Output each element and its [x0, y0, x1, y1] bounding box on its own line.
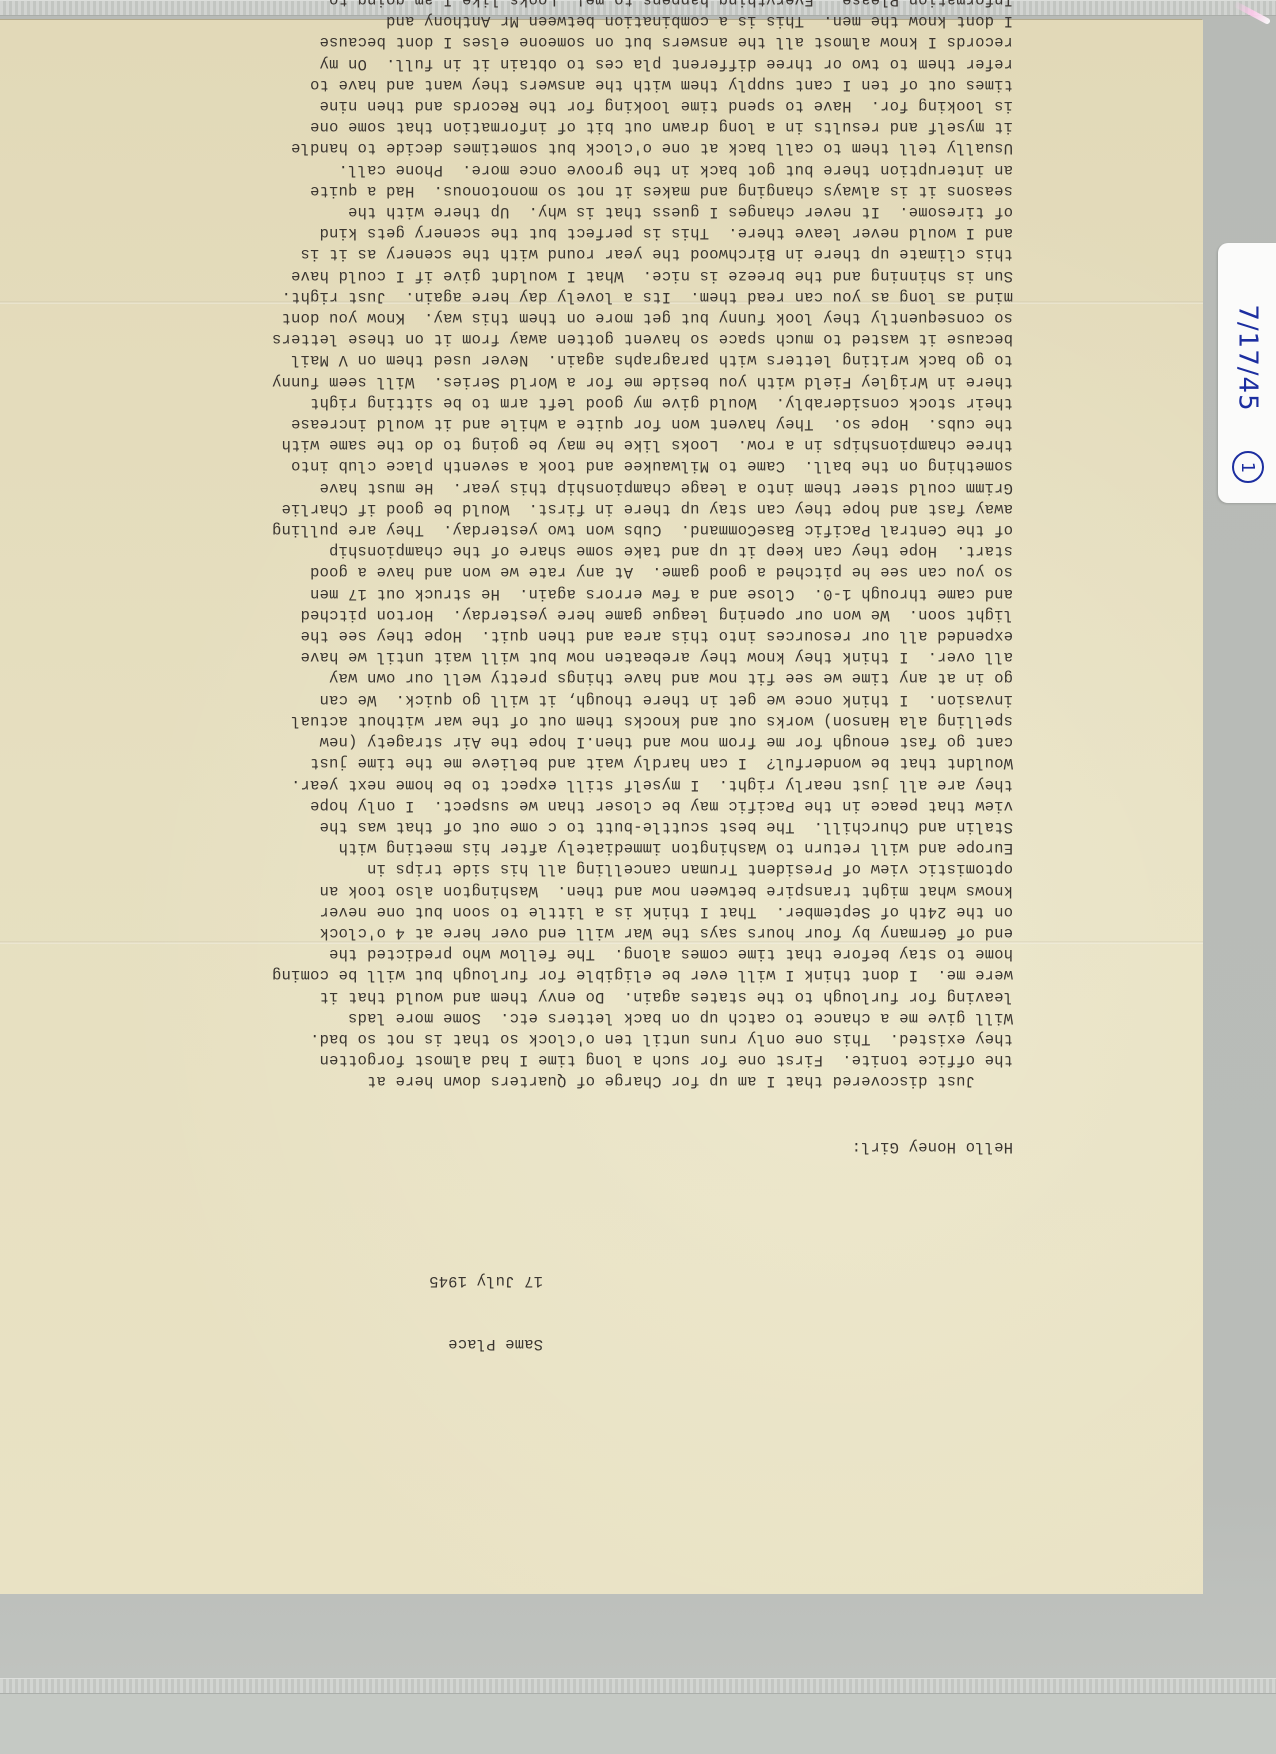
letter-line: spelling ala Hanson) works out and knock…: [130, 710, 1013, 731]
letter-line: Usually tell them to call back at one o'…: [130, 137, 1013, 158]
letter-line: light soon. We won our opening league ga…: [130, 604, 1013, 625]
letter-line: Stalin and Churchill. The best scuttle-b…: [130, 816, 1013, 837]
letter-heading: Same Place 17 July 1945: [130, 1227, 543, 1396]
letter-line: an interuption there but got back in the…: [130, 158, 1013, 179]
sleeve-lower-area: [0, 1694, 1276, 1754]
letter-line: start. Hope they can keep it up and take…: [130, 540, 1013, 561]
letter-line: of the Central Pacific BaseCommand. Cubs…: [130, 519, 1013, 540]
letter-line: mind as long as you can read them. Its a…: [130, 286, 1013, 307]
letter-line: so you can see he pitched a good game. A…: [130, 561, 1013, 582]
letter-line: the cubs. Hope so. They havent won for q…: [130, 413, 1013, 434]
letter-line: records I know almost all the answers bu…: [130, 31, 1013, 52]
letter-body: Just discovered that I am up for Charge …: [130, 0, 1013, 1091]
letter-line: because it wasted to much space so haven…: [130, 328, 1013, 349]
letter-line: to go back writing letters with paragrap…: [130, 349, 1013, 370]
letter-line: end of Germany by four hours says the Wa…: [130, 922, 1013, 943]
sleeve-seam-bottom: [0, 1678, 1276, 1694]
letter-line: they are all just nearly right. I myself…: [130, 773, 1013, 794]
label-date: 7/17/45: [1226, 283, 1270, 433]
letter-line: Just discovered that I am up for Charge …: [130, 1070, 1013, 1091]
letter-line: Will give me a chance to catch up on bac…: [130, 1007, 1013, 1028]
letter-line: I dont know the men. This is a combinati…: [130, 10, 1013, 31]
label-date-text: 7/17/45: [1233, 304, 1263, 411]
archive-label: 7/17/45 1: [1218, 243, 1276, 503]
letter-page: Same Place 17 July 1945 Hello Honey Girl…: [0, 20, 1203, 1594]
letter-line: this climate up there in Birchwood the y…: [130, 243, 1013, 264]
letter-line: Grimm could steer them into a leage cham…: [130, 476, 1013, 497]
letter-line: and I would never leave there. This is p…: [130, 222, 1013, 243]
letter-line: view that peace in the Pacific may be cl…: [130, 795, 1013, 816]
letter-line: optomistic view of President Truman canc…: [130, 858, 1013, 879]
letter-line: Sun is shinning and the breeze is nice. …: [130, 264, 1013, 285]
letter-line: home to stay before that time comes alon…: [130, 943, 1013, 964]
letter-line: times out of ten I cant supply them with…: [130, 74, 1013, 95]
letter-text: Same Place 17 July 1945 Hello Honey Girl…: [130, 0, 1013, 1439]
letter-line: cant go fast enough for me from now and …: [130, 731, 1013, 752]
letter-line: so consequently they look funny but get …: [130, 307, 1013, 328]
letter-line: Information Please. Everything happens t…: [130, 0, 1013, 10]
letter-line: refer them to two or three different pla…: [130, 52, 1013, 73]
letter-line: expended all our resources into this are…: [130, 625, 1013, 646]
letter-line: three championships in a row. Looks like…: [130, 434, 1013, 455]
letter-line: away fast and hope they can stay up ther…: [130, 498, 1013, 519]
letter-line: their stock considerably. Would give my …: [130, 392, 1013, 413]
letter-place: Same Place: [130, 1333, 543, 1354]
letter-line: it myself and results in a long drawn ou…: [130, 116, 1013, 137]
letter-line: knows what might transpire between now a…: [130, 879, 1013, 900]
letter-date: 17 July 1945: [130, 1270, 543, 1291]
letter-line: leaving for furlough to the states again…: [130, 985, 1013, 1006]
letter-line: were me. I dont think I will ever be eli…: [130, 964, 1013, 985]
letter-line: something on the ball. Came to Milwaukee…: [130, 455, 1013, 476]
letter-line: seasons it is always changing and makes …: [130, 180, 1013, 201]
letter-line: on the 24th of September. That I think i…: [130, 901, 1013, 922]
letter-line: there in Wrigley Field with you beside m…: [130, 370, 1013, 391]
letter-line: they existed. This one only runs until t…: [130, 1028, 1013, 1049]
letter-line: go in at any time we see fit now and hav…: [130, 667, 1013, 688]
label-number-circle: 1: [1232, 451, 1264, 483]
letter-line: of tiresome. It never changes I guess th…: [130, 201, 1013, 222]
letter-line: Europe and will return to Washington imm…: [130, 837, 1013, 858]
letter-line: and came through 1-0. Close and a few er…: [130, 582, 1013, 603]
letter-line: all over. I think they know they arebeat…: [130, 646, 1013, 667]
letter-line: the office tonite. First one for such a …: [130, 1049, 1013, 1070]
letter-salutation: Hello Honey Girl:: [130, 1136, 1013, 1157]
letter-line: invasion. I think once we get in there t…: [130, 689, 1013, 710]
label-number-text: 1: [1237, 461, 1258, 472]
letter-line: Wouldnt that be wonderful? I can hardly …: [130, 752, 1013, 773]
letter-line: is looking for. Have to spend time looki…: [130, 95, 1013, 116]
